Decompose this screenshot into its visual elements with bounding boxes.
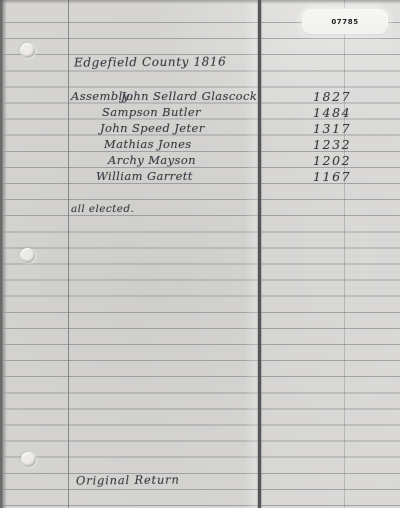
candidate-name: Archy Mayson <box>108 153 196 167</box>
vote-count: 1827 <box>313 89 351 104</box>
page-title: Edgefield County 1816 <box>74 54 226 69</box>
candidate-name: John Sellard Glascock <box>121 89 257 103</box>
vote-count: 1484 <box>313 105 351 120</box>
catalog-sticker: 07785 <box>302 9 388 34</box>
candidate-row: John Speed Jeter 1317 <box>0 121 400 137</box>
left-margin-line <box>68 0 69 508</box>
candidate-row: Archy Mayson 1202 <box>0 153 400 169</box>
center-fold-line <box>258 0 261 508</box>
elected-note: all elected. <box>71 203 134 215</box>
candidate-row: Mathias Jones 1232 <box>0 137 400 153</box>
candidate-row: Sampson Butler 1484 <box>0 105 400 121</box>
candidate-row: William Garrett 1167 <box>0 169 400 185</box>
punch-hole-bottom <box>21 452 36 467</box>
fold-highlight <box>244 0 258 508</box>
vote-count: 1232 <box>313 137 351 152</box>
scanned-ledger-page: 07785 Edgefield County 1816 Assembly: Jo… <box>0 0 400 508</box>
punch-hole-top <box>20 43 35 58</box>
vote-count: 1202 <box>313 153 351 168</box>
candidate-name: John Speed Jeter <box>100 121 205 135</box>
candidate-name: William Garrett <box>96 169 193 183</box>
catalog-number: 07785 <box>331 18 358 26</box>
candidate-name: Mathias Jones <box>104 137 192 151</box>
assembly-row: Assembly: John Sellard Glascock 1827 <box>0 89 400 105</box>
scan-edge-top <box>0 0 400 4</box>
vote-count: 1167 <box>313 169 351 184</box>
right-margin-line <box>344 0 345 508</box>
vote-count: 1317 <box>313 121 351 136</box>
candidate-name: Sampson Butler <box>102 105 201 119</box>
scan-edge-left <box>0 0 7 508</box>
footer-note: Original Return <box>76 472 180 487</box>
punch-hole-middle <box>20 248 35 263</box>
